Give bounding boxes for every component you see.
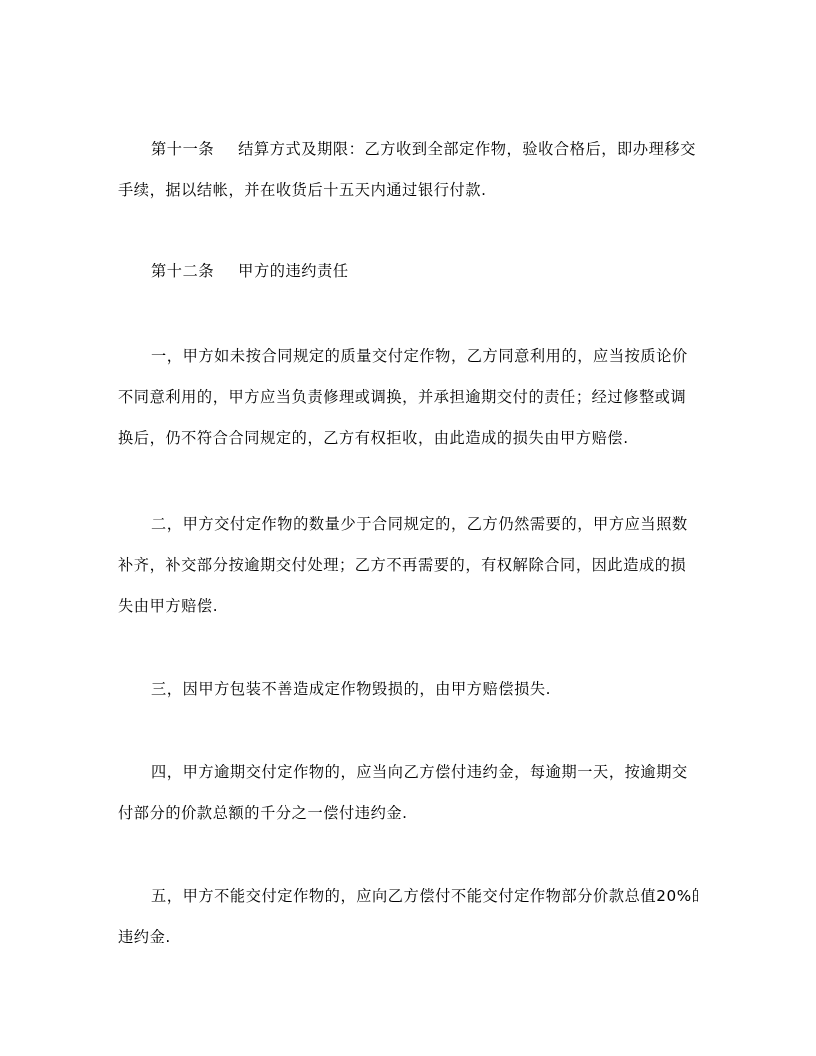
clause-1-line-3: 换后，仍不符合合同规定的，乙方有权拒收，由此造成的损失由甲方赔偿.	[118, 428, 698, 448]
article-11-line-2: 手续，据以结帐，并在收货后十五天内通过银行付款.	[118, 180, 698, 200]
clause-5-line-1: 五，甲方不能交付定作物的，应向乙方偿付不能交付定作物部分价款总值20%的	[151, 886, 698, 906]
clause-4-line-2: 付部分的价款总额的千分之一偿付违约金.	[118, 803, 698, 823]
clause-1-line-1: 一，甲方如未按合同规定的质量交付定作物，乙方同意利用的，应当按质论价	[151, 346, 698, 366]
clause-4-line-1: 四，甲方逾期交付定作物的，应当向乙方偿付违约金，每逾期一天，按逾期交	[151, 762, 698, 782]
clause-2-line-1: 二，甲方交付定作物的数量少于合同规定的，乙方仍然需要的，甲方应当照数	[151, 514, 698, 534]
clause-5-line-2: 违约金.	[118, 927, 698, 947]
document-page: 第十一条结算方式及期限：乙方收到全部定作物，验收合格后，即办理移交 手续，据以结…	[0, 0, 816, 1056]
clause-2-line-3: 失由甲方赔偿.	[118, 596, 698, 616]
article-text: 结算方式及期限：乙方收到全部定作物，验收合格后，即办理移交	[238, 140, 696, 158]
clause-3-line-1: 三，因甲方包装不善造成定作物毁损的，由甲方赔偿损失.	[151, 679, 698, 699]
article-number: 第十一条	[151, 140, 214, 158]
clause-2-line-2: 补齐，补交部分按逾期交付处理；乙方不再需要的，有权解除合同，因此造成的损	[118, 555, 698, 575]
article-number: 第十二条	[151, 262, 214, 280]
article-title: 甲方的违约责任	[238, 262, 349, 280]
clause-1-line-2: 不同意利用的，甲方应当负责修理或调换，并承担逾期交付的责任；经过修整或调	[118, 387, 698, 407]
article-11-line-1: 第十一条结算方式及期限：乙方收到全部定作物，验收合格后，即办理移交	[151, 139, 698, 159]
article-12-line-1: 第十二条甲方的违约责任	[151, 261, 698, 281]
